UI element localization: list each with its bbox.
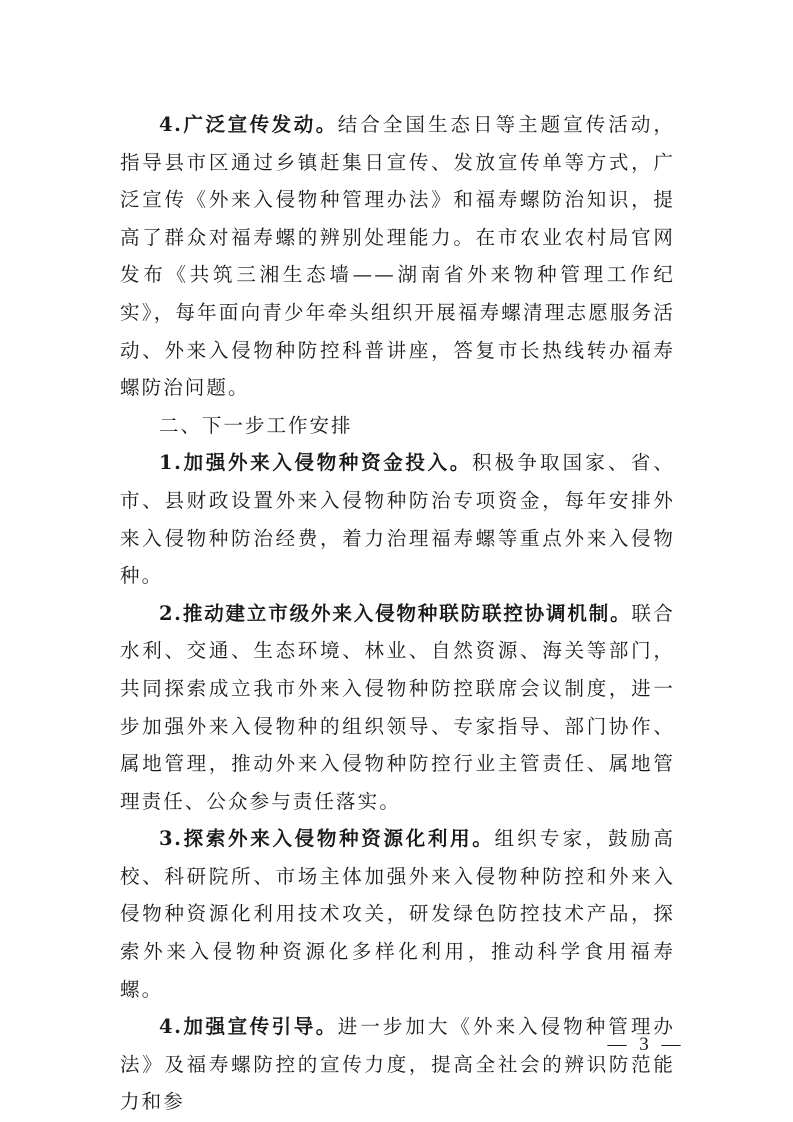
- paragraph-publicity-guidance: 4.加强宣传引导。进一步加大《外来入侵物种管理办法》及福寿螺防控的宣传力度，提高…: [120, 1008, 675, 1121]
- paragraph-lead: 4.广泛宣传发动。: [159, 113, 338, 136]
- paragraph-coordination-mechanism: 2.推动建立市级外来入侵物种联防联控协调机制。联合水利、交通、生态环境、林业、自…: [120, 595, 675, 821]
- paragraph-lead: 1.加强外来入侵物种资金投入。: [159, 451, 472, 474]
- section-heading-next-steps: 二、下一步工作安排: [120, 407, 675, 445]
- document-page: 4.广泛宣传发动。结合全国生态日等主题宣传活动，指导县市区通过乡镇赶集日宣传、发…: [0, 0, 793, 1122]
- paragraph-text: 联合水利、交通、生态环境、林业、自然资源、海关等部门，共同探索成立我市外来入侵物…: [120, 602, 675, 813]
- page-number: — 3 —: [606, 1034, 686, 1056]
- paragraph-text: 组织专家，鼓励高校、科研院所、市场主体加强外来入侵物种防控和外来入侵物种资源化利…: [120, 827, 675, 1000]
- paragraph-publicity-mobilization: 4.广泛宣传发动。结合全国生态日等主题宣传活动，指导县市区通过乡镇赶集日宣传、发…: [120, 106, 675, 407]
- document-body: 4.广泛宣传发动。结合全国生态日等主题宣传活动，指导县市区通过乡镇赶集日宣传、发…: [120, 106, 675, 1121]
- paragraph-text: 结合全国生态日等主题宣传活动，指导县市区通过乡镇赶集日宣传、发放宣传单等方式，广…: [120, 113, 675, 399]
- paragraph-lead: 4.加强宣传引导。: [159, 1015, 338, 1038]
- paragraph-resource-utilization: 3.探索外来入侵物种资源化利用。组织专家，鼓励高校、科研院所、市场主体加强外来入…: [120, 820, 675, 1008]
- paragraph-funding: 1.加强外来入侵物种资金投入。积极争取国家、省、市、县财政设置外来入侵物种防治专…: [120, 444, 675, 594]
- paragraph-lead: 3.探索外来入侵物种资源化利用。: [159, 827, 494, 850]
- paragraph-lead: 2.推动建立市级外来入侵物种联防联控协调机制。: [159, 602, 632, 625]
